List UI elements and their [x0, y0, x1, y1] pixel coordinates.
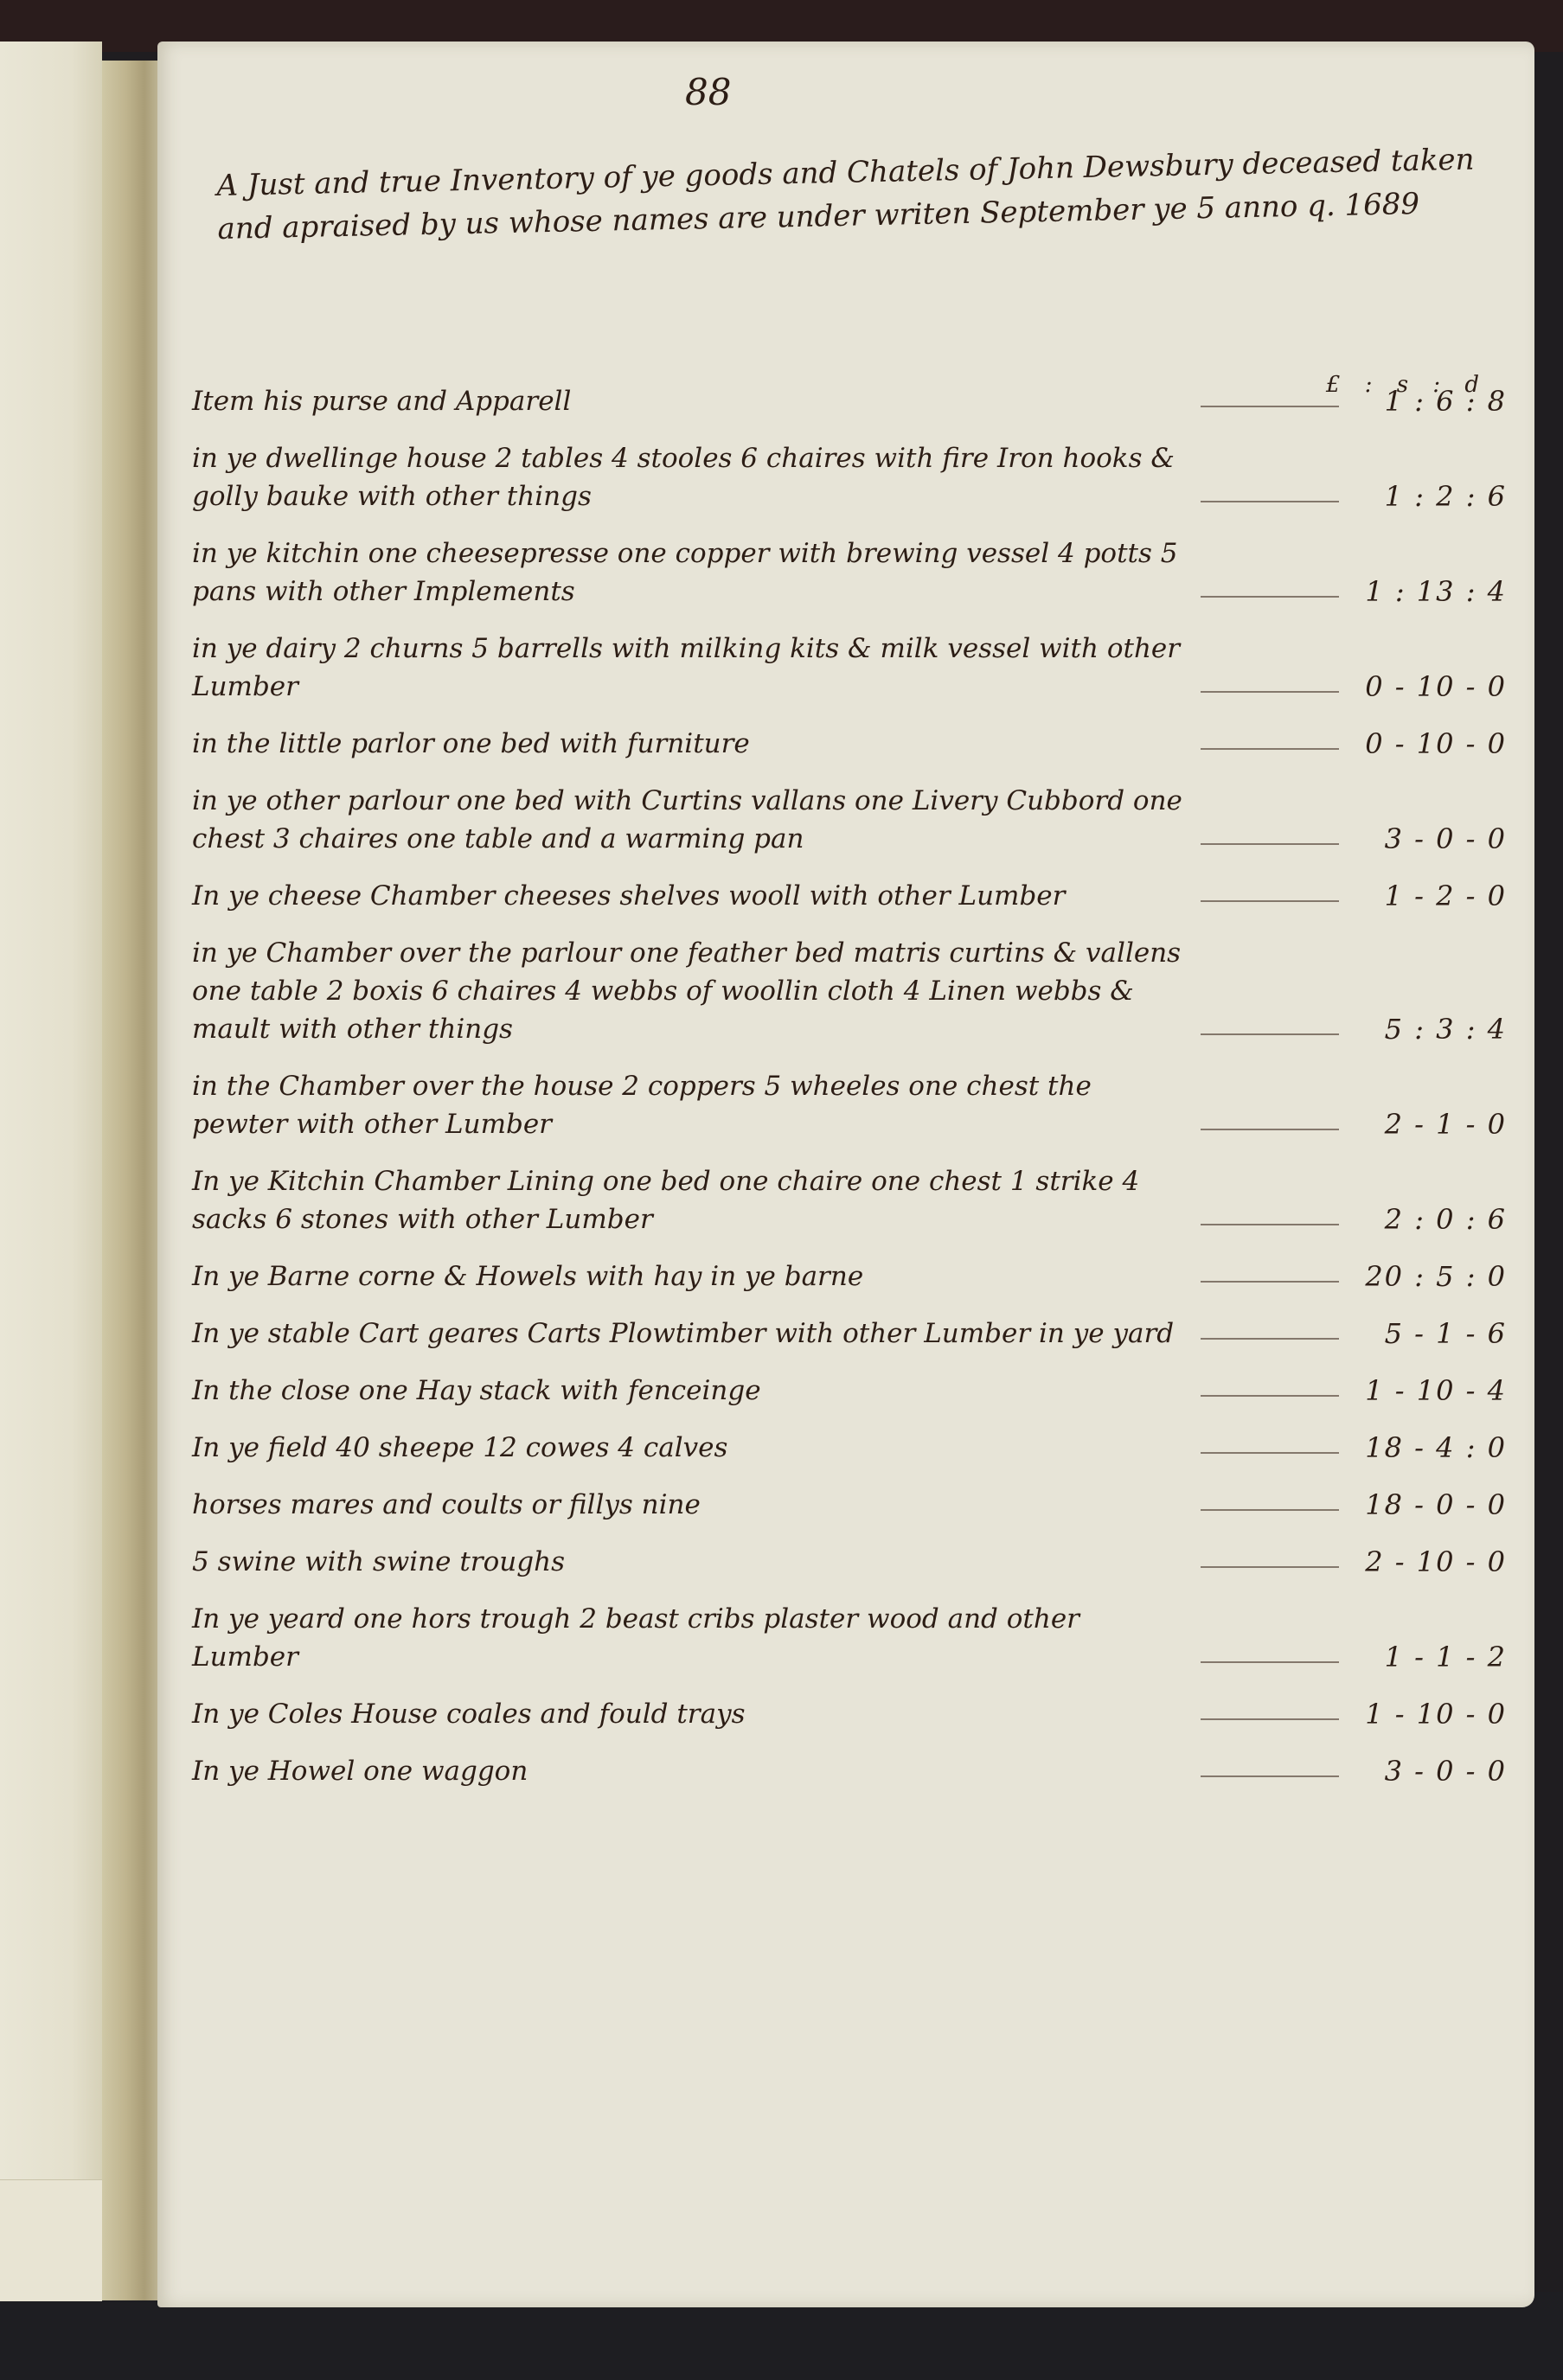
leader-line — [1201, 1224, 1339, 1226]
entry-amount: 1 : 6 : 8 — [1351, 382, 1507, 420]
entry-text: In ye Barne corne & Howels with hay in y… — [192, 1257, 1201, 1296]
inventory-entry: In ye cheese Chamber cheeses shelves woo… — [192, 877, 1507, 915]
leader-line — [1201, 1775, 1339, 1778]
entry-amount: 3 - 0 - 0 — [1351, 1752, 1507, 1790]
entry-text: In ye field 40 sheepe 12 cowes 4 calves — [192, 1429, 1201, 1467]
entry-amount: 18 - 4 : 0 — [1351, 1429, 1507, 1467]
inventory-entry: in ye kitchin one cheesepresse one coppe… — [192, 534, 1507, 611]
entry-text: in ye other parlour one bed with Curtins… — [192, 782, 1201, 858]
inventory-entries: Item his purse and Apparell1 : 6 : 8 in … — [192, 363, 1507, 1790]
leader-line — [1201, 1452, 1339, 1455]
entry-amount: 1 - 1 - 2 — [1351, 1638, 1507, 1676]
entry-text: In the close one Hay stack with fenceing… — [192, 1372, 1201, 1410]
entry-amount: 5 - 1 - 6 — [1351, 1315, 1507, 1353]
inventory-entry: in ye other parlour one bed with Curtins… — [192, 782, 1507, 858]
entry-amount: 1 : 2 : 6 — [1351, 477, 1507, 515]
leader-line — [1201, 691, 1339, 694]
leader-line — [1201, 1033, 1339, 1036]
leader-line — [1201, 1509, 1339, 1512]
facing-page-left — [0, 42, 102, 2300]
entry-amount: 2 - 10 - 0 — [1351, 1543, 1507, 1581]
leader-line — [1201, 1395, 1339, 1398]
leader-line — [1201, 1661, 1339, 1664]
inventory-entry: in ye dwellinge house 2 tables 4 stooles… — [192, 439, 1507, 515]
inventory-entry: horses mares and coults or fillys nine18… — [192, 1486, 1507, 1524]
inventory-entry: In ye stable Cart geares Carts Plowtimbe… — [192, 1315, 1507, 1353]
leader-line — [1201, 748, 1339, 751]
entry-text: In ye Coles House coales and fould trays — [192, 1695, 1201, 1733]
inventory-entry: In ye Kitchin Chamber Lining one bed one… — [192, 1162, 1507, 1238]
folio-number: 88 — [685, 71, 731, 113]
inventory-entry: In ye Barne corne & Howels with hay in y… — [192, 1257, 1507, 1296]
leader-line — [1201, 843, 1339, 846]
entry-amount: 0 - 10 - 0 — [1351, 725, 1507, 763]
entry-amount: 1 : 13 : 4 — [1351, 573, 1507, 611]
inventory-entry: In ye Howel one waggon3 - 0 - 0 — [192, 1752, 1507, 1790]
inventory-entry: 5 swine with swine troughs2 - 10 - 0 — [192, 1543, 1507, 1581]
entry-text: in the Chamber over the house 2 coppers … — [192, 1067, 1201, 1143]
entry-text: In ye Kitchin Chamber Lining one bed one… — [192, 1162, 1201, 1238]
inventory-entry: In ye Coles House coales and fould trays… — [192, 1695, 1507, 1733]
leader-line — [1201, 596, 1339, 598]
entry-text: Item his purse and Apparell — [192, 382, 1201, 420]
entry-amount: 2 : 0 : 6 — [1351, 1200, 1507, 1238]
entry-amount: 1 - 2 - 0 — [1351, 877, 1507, 915]
entry-text: In ye Howel one waggon — [192, 1752, 1201, 1790]
leader-line — [1201, 1281, 1339, 1283]
entry-text: 5 swine with swine troughs — [192, 1543, 1201, 1581]
entry-text: in ye dairy 2 churns 5 barrells with mil… — [192, 630, 1201, 706]
facing-page-fold — [0, 2179, 102, 2301]
entry-amount: 3 - 0 - 0 — [1351, 820, 1507, 858]
entry-amount: 5 : 3 : 4 — [1351, 1010, 1507, 1048]
leader-line — [1201, 900, 1339, 903]
leader-line — [1201, 1718, 1339, 1721]
entry-amount: 0 - 10 - 0 — [1351, 668, 1507, 706]
entry-text: in the little parlor one bed with furnit… — [192, 725, 1201, 763]
inventory-entry: In the close one Hay stack with fenceing… — [192, 1372, 1507, 1410]
leader-line — [1201, 1566, 1339, 1569]
entry-amount: 20 : 5 : 0 — [1351, 1257, 1507, 1296]
entry-text: in ye Chamber over the parlour one feath… — [192, 934, 1201, 1048]
inventory-entry: in ye Chamber over the parlour one feath… — [192, 934, 1507, 1048]
inventory-entry: In ye yeard one hors trough 2 beast crib… — [192, 1600, 1507, 1676]
entry-text: in ye dwellinge house 2 tables 4 stooles… — [192, 439, 1201, 515]
inventory-entry: Item his purse and Apparell1 : 6 : 8 — [192, 382, 1507, 420]
entry-amount: 1 - 10 - 0 — [1351, 1695, 1507, 1733]
entry-text: horses mares and coults or fillys nine — [192, 1486, 1201, 1524]
leader-line — [1201, 501, 1339, 503]
entry-text: in ye kitchin one cheesepresse one coppe… — [192, 534, 1201, 611]
book-gutter — [102, 61, 163, 2300]
entry-amount: 2 - 1 - 0 — [1351, 1105, 1507, 1143]
entry-text: In ye stable Cart geares Carts Plowtimbe… — [192, 1315, 1201, 1353]
entry-text: In ye yeard one hors trough 2 beast crib… — [192, 1600, 1201, 1676]
inventory-entry: in the Chamber over the house 2 coppers … — [192, 1067, 1507, 1143]
leader-line — [1201, 1129, 1339, 1131]
entry-text: In ye cheese Chamber cheeses shelves woo… — [192, 877, 1201, 915]
leader-line — [1201, 406, 1339, 408]
entry-amount: 1 - 10 - 4 — [1351, 1372, 1507, 1410]
entry-amount: 18 - 0 - 0 — [1351, 1486, 1507, 1524]
inventory-entry: in ye dairy 2 churns 5 barrells with mil… — [192, 630, 1507, 706]
inventory-entry: in the little parlor one bed with furnit… — [192, 725, 1507, 763]
inventory-entry: In ye field 40 sheepe 12 cowes 4 calves1… — [192, 1429, 1507, 1467]
leader-line — [1201, 1338, 1339, 1340]
